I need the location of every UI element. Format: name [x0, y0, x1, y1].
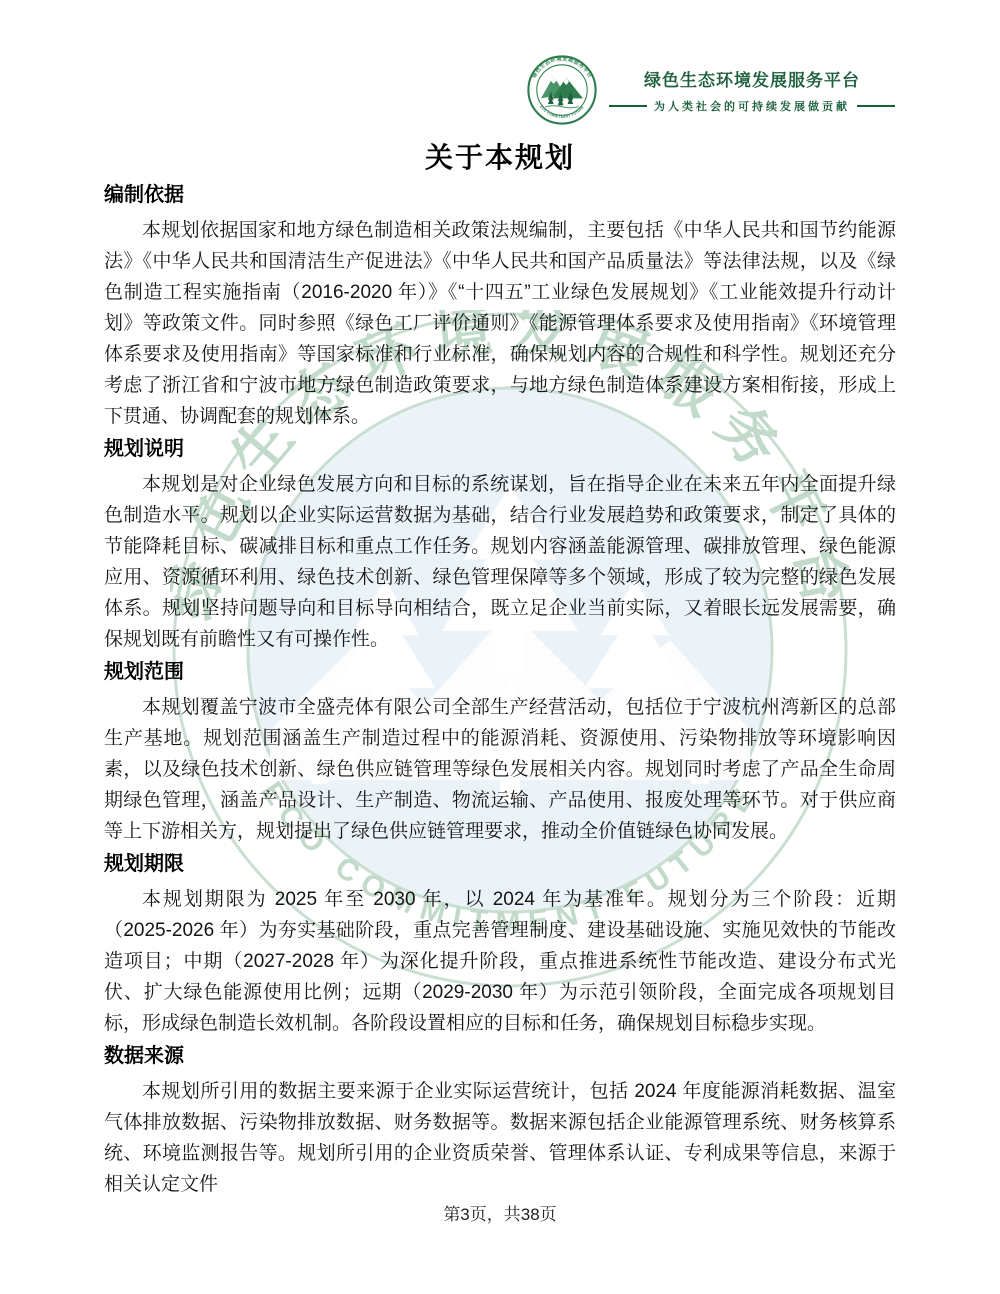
section-heading: 规划说明	[104, 436, 896, 462]
tagline-dash-left	[609, 105, 647, 107]
platform-name: 绿色生态环境发展服务平台	[644, 66, 860, 91]
section-plan-period: 规划期限 本规划期限为 2025 年至 2030 年，以 2024 年为基准年。…	[104, 851, 896, 1039]
page-footer: 第3页，共38页	[0, 1200, 1000, 1225]
platform-tagline-row: 为人类社会的可持续发展做贡献	[609, 98, 895, 114]
brand-block: 绿色生态环境发展服务平台 为人类社会的可持续发展做贡献	[609, 66, 895, 114]
section-paragraph: 本规划依据国家和地方绿色制造相关政策法规编制，主要包括《中华人民共和国节约能源法…	[104, 215, 896, 432]
section-plan-description: 规划说明 本规划是对企业绿色发展方向和目标的系统谋划，旨在指导企业在未来五年内全…	[104, 436, 896, 655]
page-number: 第3页，共38页	[443, 1205, 556, 1224]
section-paragraph: 本规划期限为 2025 年至 2030 年，以 2024 年为基准年。规划分为三…	[104, 884, 896, 1039]
section-heading: 规划范围	[104, 659, 896, 685]
platform-logo-icon: 绿色生态环境发展服务平台 ECO COMMITMENT FUTURE	[527, 55, 597, 125]
document-page: 绿色生态环境发展服务平台 ECO COMMITMENT FUTURE	[0, 0, 1000, 1294]
page-header: 绿色生态环境发展服务平台 ECO COMMITMENT FUTURE 绿色生态环…	[527, 55, 895, 125]
section-heading: 规划期限	[104, 851, 896, 877]
section-paragraph: 本规划是对企业绿色发展方向和目标的系统谋划，旨在指导企业在未来五年内全面提升绿色…	[104, 469, 896, 655]
section-compilation-basis: 编制依据 本规划依据国家和地方绿色制造相关政策法规编制，主要包括《中华人民共和国…	[104, 182, 896, 432]
tagline-dash-right	[857, 105, 895, 107]
section-paragraph: 本规划覆盖宁波市全盛壳体有限公司全部生产经营活动，包括位于宁波杭州湾新区的总部生…	[104, 692, 896, 847]
section-plan-scope: 规划范围 本规划覆盖宁波市全盛壳体有限公司全部生产经营活动，包括位于宁波杭州湾新…	[104, 659, 896, 847]
page-title: 关于本规划	[104, 138, 896, 178]
section-paragraph: 本规划所引用的数据主要来源于企业实际运营统计，包括 2024 年度能源消耗数据、…	[104, 1076, 896, 1200]
section-heading: 编制依据	[104, 182, 896, 208]
section-heading: 数据来源	[104, 1043, 896, 1069]
platform-tagline: 为人类社会的可持续发展做贡献	[654, 98, 850, 114]
document-body: 关于本规划 编制依据 本规划依据国家和地方绿色制造相关政策法规编制，主要包括《中…	[104, 0, 896, 1200]
section-data-sources: 数据来源 本规划所引用的数据主要来源于企业实际运营统计，包括 2024 年度能源…	[104, 1043, 896, 1200]
